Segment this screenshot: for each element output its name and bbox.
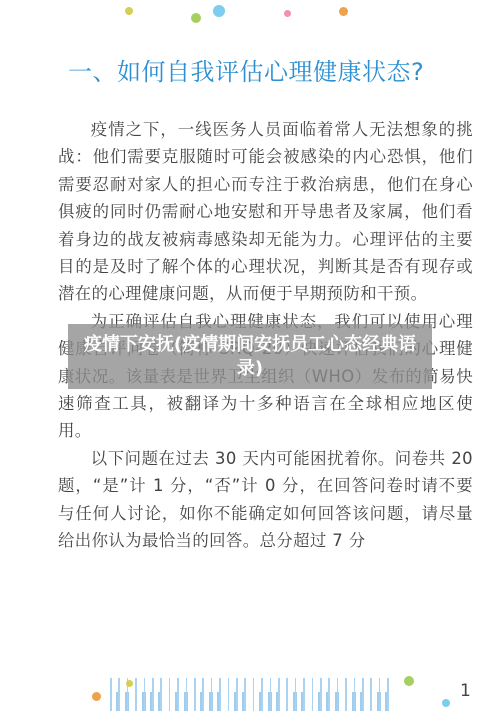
piano-key-divider xyxy=(244,678,246,711)
piano-key-divider xyxy=(160,678,162,711)
piano-key-divider xyxy=(110,678,112,711)
piano-key-divider xyxy=(345,678,347,711)
decorative-dot-icon xyxy=(191,13,201,23)
piano-key-divider xyxy=(370,678,372,711)
decorative-dot-icon xyxy=(213,5,225,17)
piano-key-divider xyxy=(286,678,288,711)
piano-key-divider xyxy=(278,678,280,711)
piano-key-divider xyxy=(186,678,188,711)
piano-key-divider xyxy=(362,678,364,711)
decorative-dot-icon xyxy=(339,7,348,16)
piano-key-divider xyxy=(295,678,297,711)
piano-key-divider xyxy=(144,678,146,711)
piano-key-divider xyxy=(219,678,221,711)
decorative-dot-icon xyxy=(126,680,133,687)
piano-key-divider xyxy=(202,678,204,711)
piano-key-divider xyxy=(379,678,381,711)
piano-key-divider xyxy=(177,678,179,711)
piano-key-divider xyxy=(169,678,171,711)
decorative-dot-icon xyxy=(92,692,101,701)
piano-key-divider xyxy=(312,678,314,711)
piano-keys-decoration xyxy=(110,678,396,711)
piano-key-divider xyxy=(228,678,230,711)
decorative-dot-icon xyxy=(125,7,133,15)
piano-key-divider xyxy=(337,678,339,711)
piano-key-divider xyxy=(270,678,272,711)
piano-key-divider xyxy=(387,678,389,711)
section-heading: 一、如何自我评估心理健康状态? xyxy=(68,50,468,94)
piano-key-divider xyxy=(152,678,154,711)
piano-key-divider xyxy=(194,678,196,711)
piano-key-divider xyxy=(328,678,330,711)
piano-key-divider xyxy=(211,678,213,711)
piano-key-divider xyxy=(261,678,263,711)
paragraph: 疫情之下，一线医务人员面临着常人无法想象的挑战：他们需要克服随时可能会被感染的内… xyxy=(58,116,473,308)
decorative-dot-icon xyxy=(404,676,414,686)
decorative-dot-icon xyxy=(442,699,450,707)
piano-key-divider xyxy=(135,678,137,711)
caption-text: 疫情下安抚(疫情期间安抚员工心态经典语录) xyxy=(80,333,420,381)
page-number: 1 xyxy=(460,681,471,701)
piano-key-divider xyxy=(303,678,305,711)
decorative-dot-icon xyxy=(284,10,291,17)
piano-key-divider xyxy=(118,678,120,711)
piano-key-divider xyxy=(253,678,255,711)
piano-key-divider xyxy=(354,678,356,711)
piano-key-divider xyxy=(236,678,238,711)
paragraph: 以下问题在过去 30 天内可能困扰着你。问卷共 20 题，“是”计 1 分，“否… xyxy=(58,445,473,555)
piano-key-divider xyxy=(320,678,322,711)
caption-overlay: 疫情下安抚(疫情期间安抚员工心态经典语录) xyxy=(68,324,432,389)
